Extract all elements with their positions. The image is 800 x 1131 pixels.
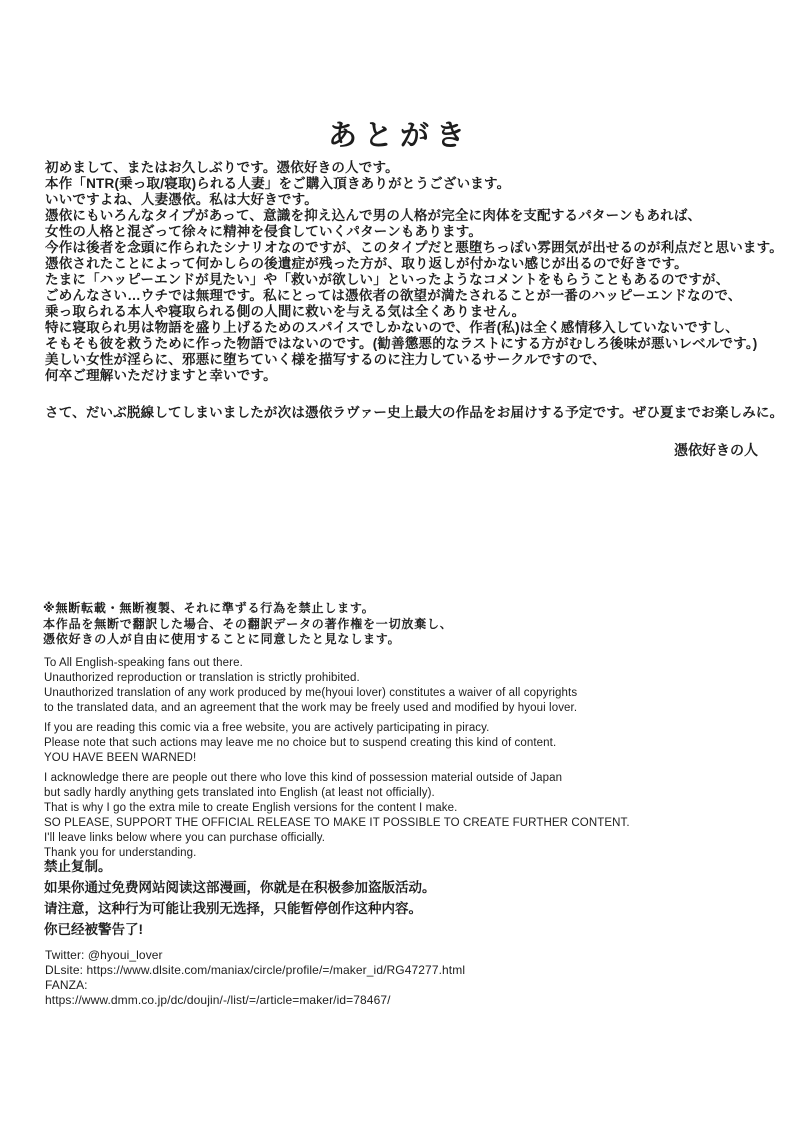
- text-line: but sadly hardly anything gets translate…: [44, 786, 630, 801]
- en-copyright-notice: To All English-speaking fans out there.U…: [44, 656, 577, 716]
- text-line: 女性の人格と混ざって徐々に精神を侵食していくパターンもあります。: [45, 224, 783, 240]
- text-line: 你已经被警告了!: [44, 919, 436, 940]
- text-line: 特に寝取られ男は物語を盛り上げるためのスパイスでしかないので、作者(私)は全く感…: [45, 320, 783, 336]
- text-line: SO PLEASE, SUPPORT THE OFFICIAL RELEASE …: [44, 816, 630, 831]
- text-line: そもそも彼を救うために作った物語ではないのです。(勧善懲悪的なラストにする方がむ…: [45, 336, 783, 352]
- en-piracy-warning: If you are reading this comic via a free…: [44, 721, 556, 766]
- text-line: ごめんなさい…ウチでは無理です。私にとっては憑依者の欲望が満たされることが一番の…: [45, 288, 783, 304]
- author-signature: 憑依好きの人: [674, 440, 758, 460]
- text-line: I acknowledge there are people out there…: [44, 771, 630, 786]
- text-line: 今作は後者を念頭に作られたシナリオなのですが、このタイプだと悪堕ちっぽい雰囲気が…: [45, 240, 783, 256]
- text-line: to the translated data, and an agreement…: [44, 701, 577, 716]
- text-line: 本作「NTR(乗っ取/寝取)られる人妻」をご購入頂きありがとうございます。: [45, 176, 783, 192]
- text-line: If you are reading this comic via a free…: [44, 721, 556, 736]
- text-line: DLsite: https://www.dlsite.com/maniax/ci…: [45, 963, 465, 978]
- afterword-body-text: 初めまして、またはお久しぶりです。憑依好きの人です。本作「NTR(乗っ取/寝取)…: [45, 160, 783, 384]
- closing-line: さて、だいぶ脱線してしまいましたが次は憑依ラヴァー史上最大の作品をお届けする予定…: [45, 401, 783, 421]
- page-title: あとがき: [0, 113, 800, 154]
- afterword-page: あとがき 初めまして、またはお久しぶりです。憑依好きの人です。本作「NTR(乗っ…: [0, 0, 800, 1131]
- text-line: FANZA:: [45, 978, 465, 993]
- text-line: I'll leave links below where you can pur…: [44, 831, 630, 846]
- text-line: たまに「ハッピーエンドが見たい」や「救いが欲しい」といったようなコメントをもらう…: [45, 272, 783, 288]
- text-line: 请注意，这种行为可能让我别无选择，只能暂停创作这种内容。: [44, 898, 436, 919]
- text-line: 憑依にもいろんなタイプがあって、意識を抑え込んで男の人格が完全に肉体を支配するパ…: [45, 208, 783, 224]
- store-links: Twitter: @hyoui_loverDLsite: https://www…: [45, 948, 465, 1008]
- cn-piracy-warning: 禁止复制。如果你通过免费网站阅读这部漫画，你就是在积极参加盗版活动。请注意，这种…: [44, 856, 436, 940]
- text-line: 禁止复制。: [44, 856, 436, 877]
- text-line: 何卒ご理解いただけますと幸いです。: [45, 368, 783, 384]
- text-line: Twitter: @hyoui_lover: [45, 948, 465, 963]
- text-line: いいですよね、人妻憑依。私は大好きです。: [45, 192, 783, 208]
- text-line: 美しい女性が淫らに、邪悪に堕ちていく様を描写するのに注力しているサークルですので…: [45, 352, 783, 368]
- text-line: To All English-speaking fans out there.: [44, 656, 577, 671]
- text-line: 初めまして、またはお久しぶりです。憑依好きの人です。: [45, 160, 783, 176]
- text-line: Please note that such actions may leave …: [44, 736, 556, 751]
- text-line: https://www.dmm.co.jp/dc/doujin/-/list/=…: [45, 993, 465, 1008]
- en-support-request: I acknowledge there are people out there…: [44, 771, 630, 861]
- text-line: 本作品を無断で翻訳した場合、その翻訳データの著作権を一切放棄し、: [43, 617, 453, 633]
- jp-copyright-disclaimer: ※無断転載・無断複製、それに準ずる行為を禁止します。本作品を無断で翻訳した場合、…: [43, 601, 453, 648]
- text-line: That is why I go the extra mile to creat…: [44, 801, 630, 816]
- text-line: ※無断転載・無断複製、それに準ずる行為を禁止します。: [43, 601, 453, 617]
- text-line: YOU HAVE BEEN WARNED!: [44, 751, 556, 766]
- text-line: 乗っ取られる本人や寝取られる側の人間に救いを与える気は全くありません。: [45, 304, 783, 320]
- text-line: Unauthorized reproduction or translation…: [44, 671, 577, 686]
- text-line: 憑依好きの人が自由に使用することに同意したと見なします。: [43, 632, 453, 648]
- text-line: Unauthorized translation of any work pro…: [44, 686, 577, 701]
- text-line: 如果你通过免费网站阅读这部漫画，你就是在积极参加盗版活动。: [44, 877, 436, 898]
- text-line: 憑依されたことによって何かしらの後遺症が残った方が、取り返しが付かない感じが出る…: [45, 256, 783, 272]
